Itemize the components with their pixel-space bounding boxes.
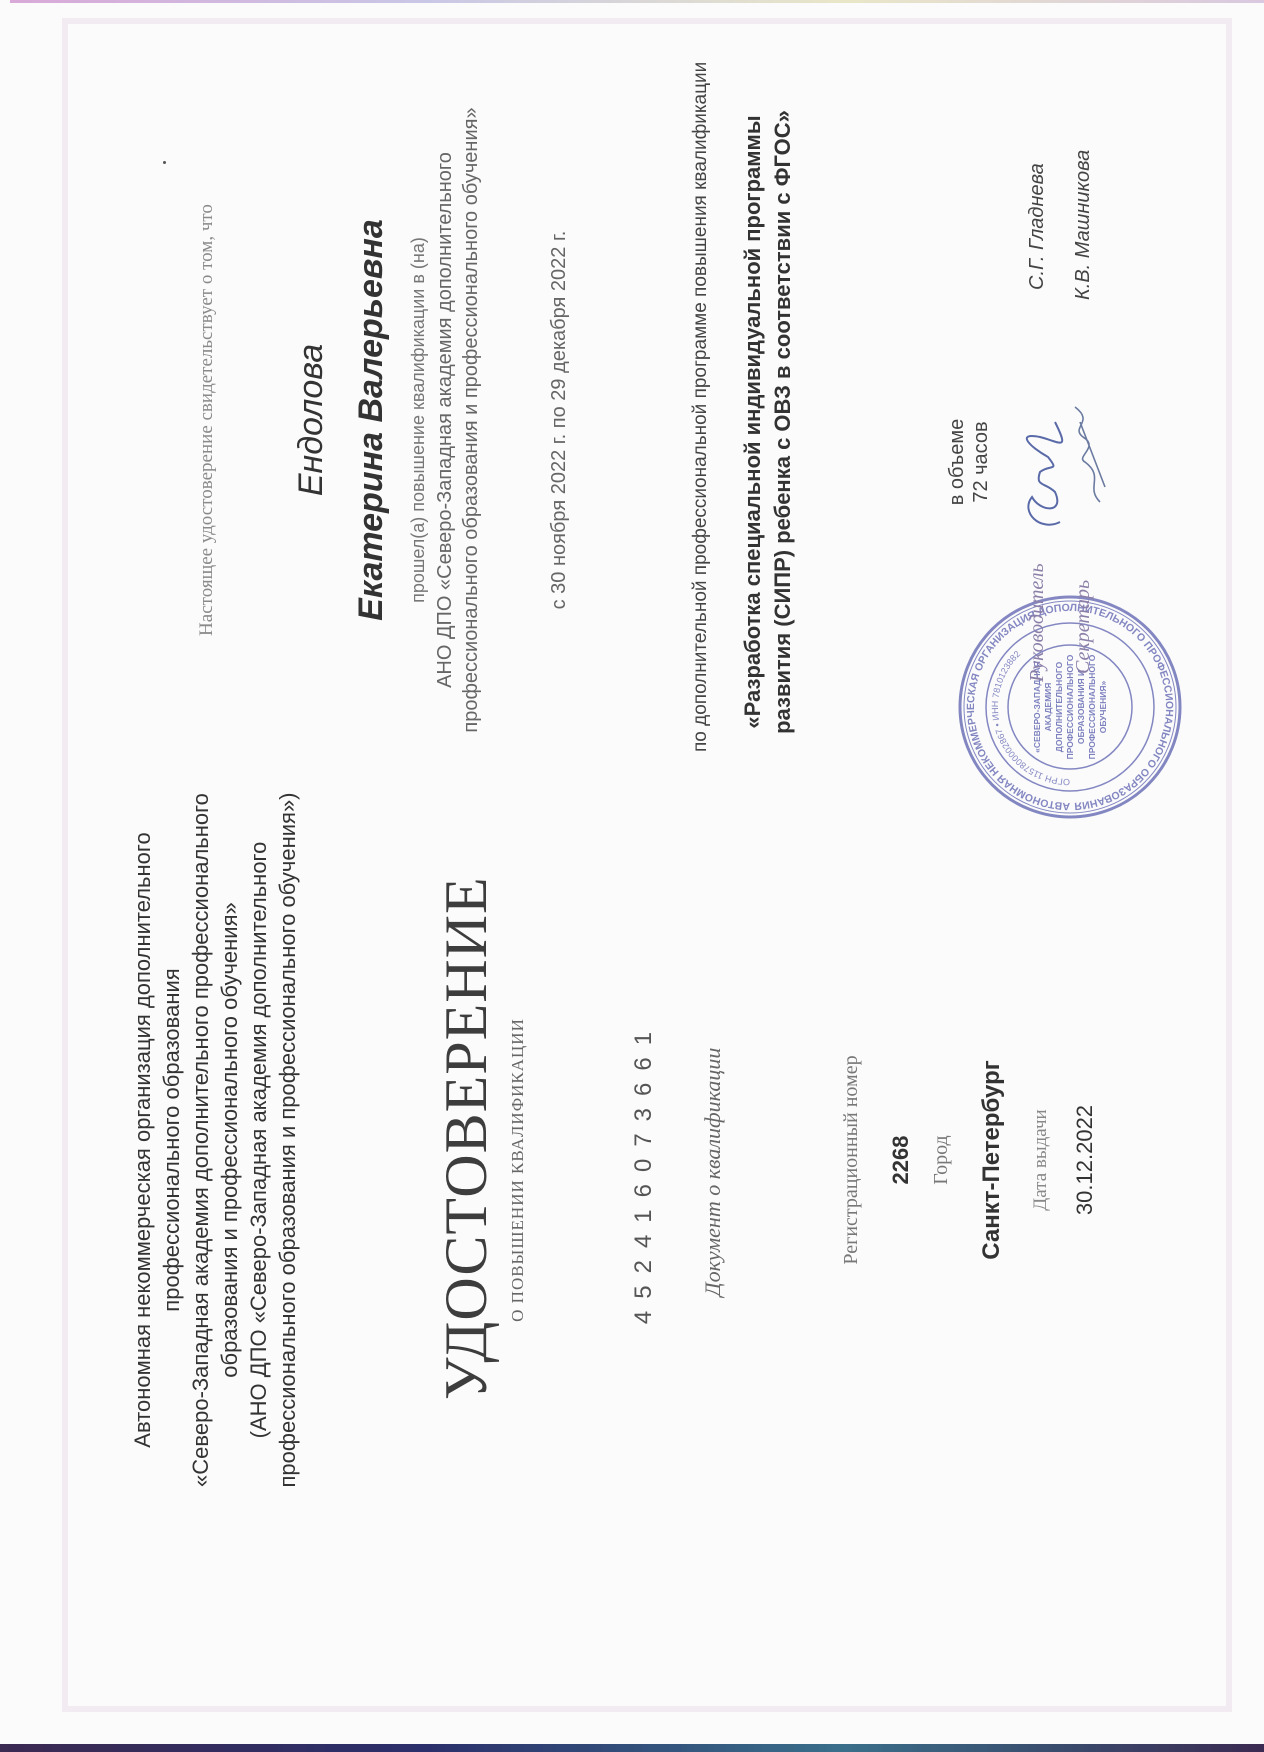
training-institution: АНО ДПО «Северо-Западная академия дополн… [432, 140, 484, 700]
document-number: 452416073661 [630, 942, 658, 1402]
scan-speck [163, 161, 166, 164]
document-title: УДОСТОВЕРЕНИЕ [432, 940, 501, 1400]
document-subtitle: О ПОВЫШЕНИИ КВАЛИФИКАЦИИ [508, 940, 528, 1400]
scan-bottom-edge [0, 1744, 1264, 1752]
volume-hours: 72 часов [969, 362, 993, 562]
official-seal-icon: АВТОНОМНАЯ НЕКОММЕРЧЕСКАЯ ОРГАНИЗАЦИЯ ДО… [955, 592, 1185, 822]
issuing-organization: Автономная некоммерческая организация до… [128, 780, 302, 1500]
registration-number: 2268 [888, 930, 914, 1390]
training-period: с 30 ноября 2022 г. по 29 декабря 2022 г… [548, 140, 571, 700]
issue-date: 30.12.2022 [1072, 930, 1098, 1390]
holder-surname: Ендолова [292, 140, 331, 700]
svg-text:ДОПОЛНИТЕЛЬНОГО: ДОПОЛНИТЕЛЬНОГО [1054, 661, 1064, 752]
program-volume: в объеме 72 часов [945, 362, 993, 562]
secretary-signature-icon [1055, 397, 1115, 517]
signatory-role: Секретарь [1072, 580, 1095, 674]
organization-line: «Северо-Западная академия дополнительног… [186, 780, 244, 1500]
volume-label: в объеме [945, 362, 969, 562]
program-label: по дополнительной профессиональной прогр… [690, 92, 712, 752]
signatory-name: К.В. Машникова [1072, 150, 1095, 300]
organization-line: Автономная некоммерческая организация до… [128, 780, 186, 1500]
institution-line: профессионального образования и професси… [458, 80, 484, 760]
program-title: «Разработка специальной индивидуальной п… [738, 92, 798, 752]
document-type: Документ о квалификации [700, 942, 726, 1402]
organization-line: (АНО ДПО «Северо-Западная академия допол… [244, 780, 302, 1500]
svg-text:ОБРАЗОВАНИЯ И: ОБРАЗОВАНИЯ И [1076, 670, 1086, 744]
holder-given-names: Екатерина Валерьевна [352, 140, 391, 700]
institution-line: АНО ДПО «Северо-Западная академия дополн… [434, 152, 456, 688]
city-label: Город [930, 930, 953, 1390]
signatory-name: С.Г. Гладнева [1026, 163, 1049, 290]
registration-label: Регистрационный номер [840, 930, 863, 1390]
svg-text:ОБУЧЕНИЯ»: ОБУЧЕНИЯ» [1098, 680, 1108, 733]
signatory-role: Руководитель [1026, 563, 1049, 682]
intro-text: Настоящее удостоверение свидетельствует … [196, 140, 218, 700]
svg-text:АКАДЕМИЯ: АКАДЕМИЯ [1043, 683, 1053, 732]
city: Санкт-Петербург [978, 930, 1006, 1390]
passed-text: прошел(а) повышение квалификации в (на) [408, 140, 429, 700]
issue-date-label: Дата выдачи [1030, 930, 1052, 1390]
certificate-spread: Автономная некоммерческая организация до… [0, 0, 1264, 1752]
